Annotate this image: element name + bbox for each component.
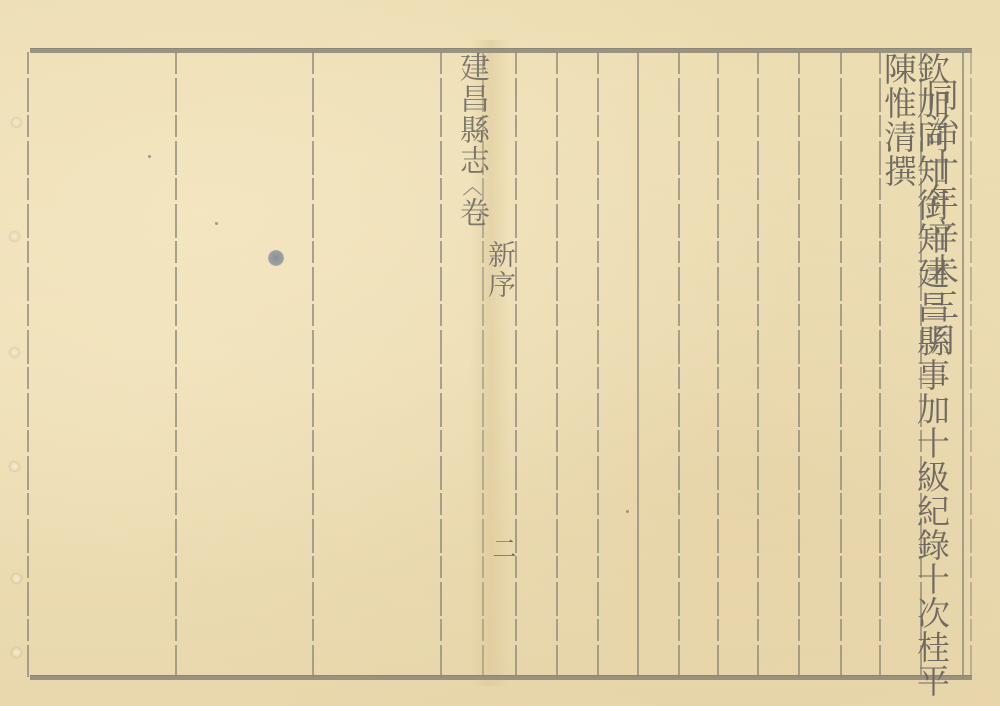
column-rule bbox=[597, 52, 599, 677]
fishtail-mark: ︿ bbox=[461, 176, 481, 197]
book-title: 建昌縣志︿卷 bbox=[456, 52, 486, 228]
column-rule bbox=[757, 52, 759, 677]
column-rule bbox=[840, 52, 842, 677]
column-rule bbox=[637, 52, 639, 677]
section-label: 新序 bbox=[486, 240, 514, 300]
speck bbox=[626, 510, 629, 513]
left-edge-rule bbox=[27, 52, 29, 677]
column-rule bbox=[175, 52, 177, 677]
binding-hole bbox=[10, 232, 19, 241]
center-margin-rule-right bbox=[515, 52, 517, 677]
column-rule bbox=[717, 52, 719, 677]
ink-stain bbox=[268, 250, 284, 266]
volume-mark: 卷 bbox=[454, 197, 489, 228]
top-border-rule bbox=[30, 48, 972, 53]
binding-hole bbox=[10, 462, 19, 471]
page-number: 二 bbox=[490, 536, 514, 562]
binding-hole bbox=[10, 348, 19, 357]
speck bbox=[215, 222, 218, 225]
binding-hole bbox=[12, 118, 21, 127]
bottom-border-rule bbox=[30, 675, 972, 680]
center-margin-rule-left bbox=[440, 52, 442, 677]
speck bbox=[148, 155, 151, 158]
column-rule bbox=[798, 52, 800, 677]
binding-hole bbox=[12, 574, 21, 583]
book-title-text: 建昌縣志 bbox=[454, 52, 489, 176]
column-rule bbox=[312, 52, 314, 677]
binding-hole bbox=[12, 648, 21, 657]
column-rule bbox=[678, 52, 680, 677]
column-rule bbox=[556, 52, 558, 677]
author-title-column: 欽加同知銜知建昌縣事加十級紀錄十次桂平陳惟清撰 bbox=[882, 52, 948, 706]
right-outer-rule bbox=[970, 52, 972, 677]
right-edge-rule bbox=[962, 52, 964, 677]
